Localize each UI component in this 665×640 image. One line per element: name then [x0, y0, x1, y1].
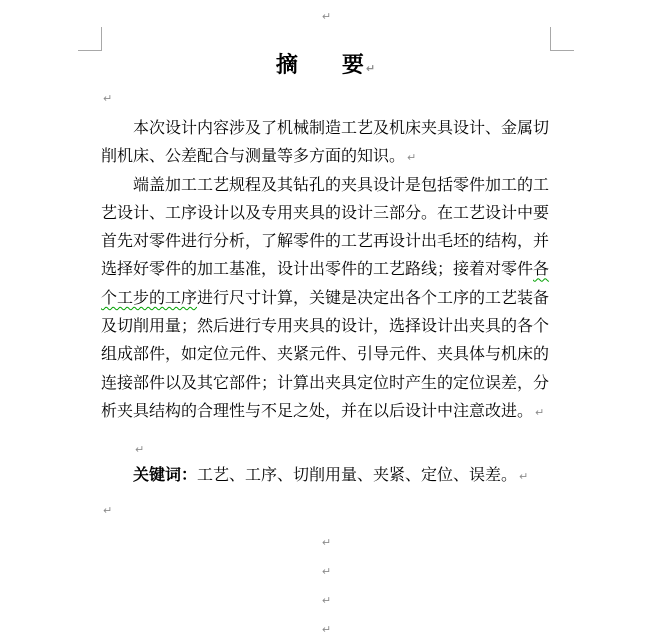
- margin-corner-mark-top-left: [78, 27, 102, 51]
- paragraph-mark-icon: ↵: [320, 594, 331, 607]
- body-text: 组成部件，如定位元件、夹紧元件、引导元件、夹具体与机床的: [101, 346, 549, 363]
- paragraph-line[interactable]: 关键词：工艺、工序、切削用量、夹紧、定位、误差。↵: [101, 462, 550, 490]
- paragraph-line[interactable]: 析夹具结构的合理性与不足之处，并在以后设计中注意改进。↵: [101, 398, 550, 426]
- body-text: 首先对零件进行分析，了解零件的工艺再设计出毛坯的结构，并: [101, 233, 549, 250]
- paragraph-mark-icon: ↵: [320, 536, 331, 549]
- empty-paragraph-mark-line: ↵: [101, 426, 550, 462]
- paragraph-line[interactable]: 及切削用量；然后进行专用夹具的设计，选择设计出夹具的各个: [101, 313, 550, 341]
- paragraph-mark-icon: ↵: [101, 504, 112, 517]
- paragraph-line[interactable]: 削机床、公差配合与测量等多方面的知识。↵: [101, 143, 550, 171]
- body-text: 工艺、工序、切削用量、夹紧、定位、误差。: [197, 467, 517, 484]
- body-text: 选择好零件的加工基准，设计出零件的工艺路线；接着对零件: [101, 261, 533, 278]
- body-text: 削机床、公差配合与测量等多方面的知识。: [101, 148, 405, 165]
- margin-corner-mark-top-right: [550, 27, 574, 51]
- header-paragraph-mark-line: ↵: [101, 6, 550, 27]
- empty-paragraph-mark-line: ↵: [101, 585, 550, 614]
- keywords-label: 关键词：: [133, 467, 197, 484]
- paragraph-mark-icon: ↵: [133, 443, 144, 456]
- paragraph-mark-icon: ↵: [405, 151, 416, 164]
- document-title[interactable]: 摘 要↵: [101, 50, 550, 80]
- body-text: 连接部件以及其它部件；计算出夹具定位时产生的定位误差，分: [101, 375, 549, 392]
- paragraph-line[interactable]: 连接部件以及其它部件；计算出夹具定位时产生的定位误差，分: [101, 370, 550, 398]
- empty-paragraph-mark-line: ↵: [101, 614, 550, 640]
- paragraph-mark-icon: ↵: [517, 470, 528, 483]
- text-area[interactable]: 摘 要↵↵ 本次设计内容涉及了机械制造工艺及机床夹具设计、金属切削机床、公差配合…: [101, 50, 550, 640]
- body-text: 进行尺寸计算，关键是决定出各个工序的工艺装备: [197, 290, 549, 307]
- paragraph-mark-icon: ↵: [533, 406, 544, 419]
- body-text: 析夹具结构的合理性与不足之处，并在以后设计中注意改进。: [101, 403, 533, 420]
- grammar-flagged-text: 个工步的工序: [101, 290, 197, 307]
- paragraph-mark-icon: ↵: [364, 62, 375, 75]
- paragraph-line[interactable]: 艺设计、工序设计以及专用夹具的设计三部分。在工艺设计中要: [101, 200, 550, 228]
- paragraph-line[interactable]: 选择好零件的加工基准，设计出零件的工艺路线；接着对零件各: [101, 256, 550, 284]
- title-text: 摘 要: [276, 52, 364, 77]
- body-text: [101, 467, 133, 484]
- body-text: 艺设计、工序设计以及专用夹具的设计三部分。在工艺设计中要: [101, 205, 549, 222]
- paragraph-mark-icon: ↵: [320, 10, 331, 23]
- paragraph-line[interactable]: 组成部件，如定位元件、夹紧元件、引导元件、夹具体与机床的: [101, 341, 550, 369]
- paragraph-mark-icon: ↵: [101, 92, 112, 105]
- paragraph-mark-icon: ↵: [320, 565, 331, 578]
- paragraph-line[interactable]: 个工步的工序进行尺寸计算，关键是决定出各个工序的工艺装备: [101, 285, 550, 313]
- body-text: 本次设计内容涉及了机械制造工艺及机床夹具设计、金属切: [101, 120, 549, 137]
- empty-paragraph-mark-line: ↵: [101, 556, 550, 585]
- grammar-flagged-text: 各: [533, 261, 549, 278]
- paragraph-mark-icon: ↵: [320, 623, 331, 636]
- paragraph-line[interactable]: 首先对零件进行分析，了解零件的工艺再设计出毛坯的结构，并: [101, 228, 550, 256]
- body-text: 端盖加工工艺规程及其钻孔的夹具设计是包括零件加工的工: [101, 177, 549, 194]
- empty-paragraph-mark-line: ↵: [101, 527, 550, 556]
- empty-paragraph-mark-line: ↵: [101, 491, 550, 521]
- paragraph-line[interactable]: 端盖加工工艺规程及其钻孔的夹具设计是包括零件加工的工: [101, 172, 550, 200]
- empty-paragraph-mark-line: ↵: [101, 80, 550, 115]
- document-page: ↵ 摘 要↵↵ 本次设计内容涉及了机械制造工艺及机床夹具设计、金属切削机床、公差…: [0, 0, 665, 640]
- body-text: 及切削用量；然后进行专用夹具的设计，选择设计出夹具的各个: [101, 318, 549, 335]
- paragraph-line[interactable]: 本次设计内容涉及了机械制造工艺及机床夹具设计、金属切: [101, 115, 550, 143]
